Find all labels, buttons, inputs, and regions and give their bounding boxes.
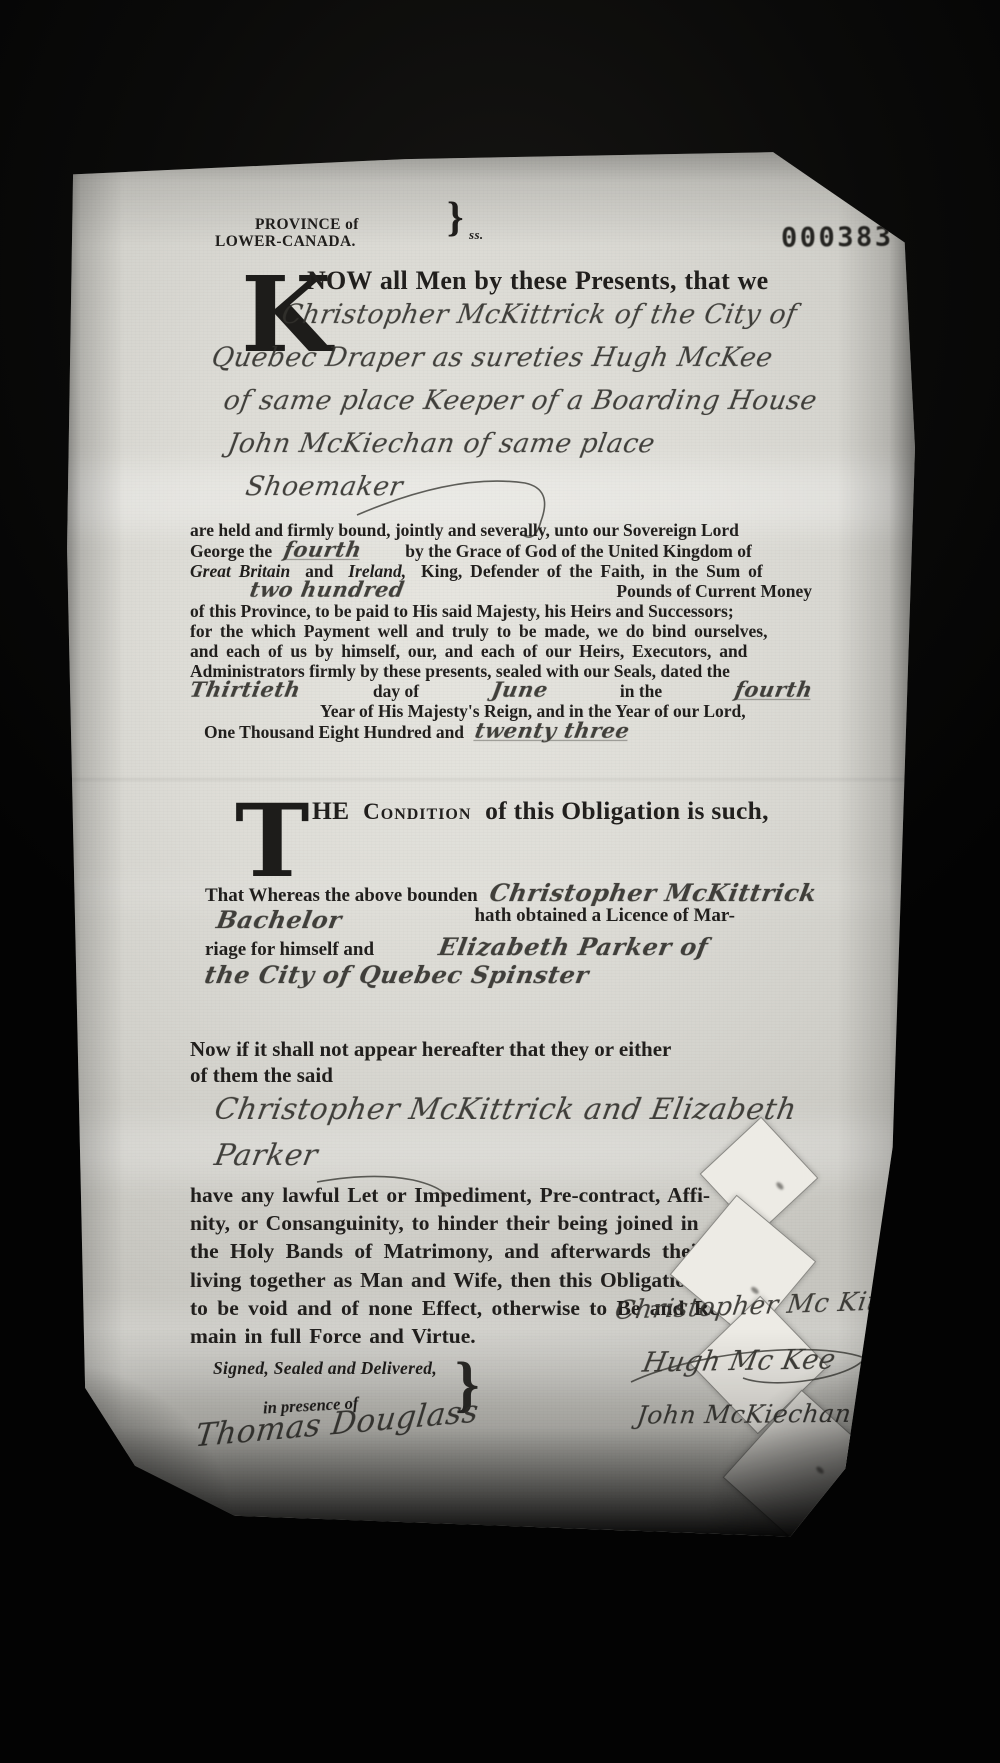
now-if-line1: Now if it shall not appear hereafter tha… <box>190 1036 820 1062</box>
handwritten-groom-name: Christopher McKittrick <box>487 878 819 907</box>
stamp-number: 000383 <box>781 221 894 253</box>
handwritten-bride-name: Elizabeth Parker of <box>436 932 710 961</box>
bond-year-line: One Thousand Eight Hundred and twenty th… <box>190 722 812 743</box>
bond-text: King, Defender of the Faith, in the Sum … <box>421 561 763 581</box>
province-line2: LOWER-CANADA. <box>215 233 359 250</box>
handwritten-year: twenty three <box>474 722 632 741</box>
header-brace: } <box>447 210 464 227</box>
handwritten-principal-line1: Christopher McKittrick of the City of <box>201 299 799 342</box>
know-opening-line: NOW all Men by these Presents, that we <box>205 266 825 296</box>
handwritten-principal-line3: of same place Keeper of a Boarding House <box>201 385 819 428</box>
condition-word: Condition <box>363 799 471 824</box>
handwritten-day: Thirtieth <box>188 681 302 699</box>
bond-text: day of <box>373 682 419 702</box>
province-line1: PROVINCE of <box>215 216 359 233</box>
handwritten-principal-line4: John McKiechan of same place <box>201 428 657 471</box>
handwritten-sum: two hundred <box>248 581 405 599</box>
bond-line: George the fourth by the Grace of God of… <box>190 541 812 562</box>
bond-line: for the which Payment well and truly to … <box>190 622 812 642</box>
bond-line: two hundred Pounds of Current Money <box>190 581 812 602</box>
handwritten-groom-status: Bachelor <box>215 905 345 932</box>
bond-text: by the Grace of God of the United Kingdo… <box>405 541 752 561</box>
bond-line: of this Province, to be paid to His said… <box>190 602 812 622</box>
bond-text: in the <box>620 682 662 702</box>
know-clause: K NOW all Men by these Presents, that we… <box>205 266 825 514</box>
now-if-clause: Now if it shall not appear hereafter tha… <box>190 1036 820 1088</box>
handwritten-regnal-name: fourth <box>282 541 363 560</box>
dropcap-t: T <box>235 802 309 880</box>
whereas-line: riage for himself and Elizabeth Parker o… <box>205 932 845 959</box>
whereas-text: riage for himself and <box>205 939 374 960</box>
whereas-line: Bachelor hath obtained a Licence of Mar- <box>205 905 845 932</box>
province-header: PROVINCE of LOWER-CANADA. } ss. <box>215 216 359 250</box>
whereas-text: hath obtained a Licence of Mar- <box>474 905 735 932</box>
bond-text: George the <box>190 541 272 561</box>
handwritten-couple-names-line1: Christopher McKittrick and Elizabeth <box>211 1086 801 1132</box>
handwritten-principal-line5: Shoemaker <box>201 471 405 514</box>
condition-heading: T HE Condition of this Obligation is suc… <box>207 796 847 826</box>
now-if-line2: of them the said <box>190 1062 820 1088</box>
whereas-line: That Whereas the above bounden Christoph… <box>205 878 845 905</box>
signature-john-mckiechan: John McKiechan <box>635 1399 853 1430</box>
handwritten-regnal-year: fourth <box>733 681 814 700</box>
handwritten-month: June <box>490 681 549 699</box>
signature-hugh-mckee: Hugh Mc Kee <box>640 1344 838 1378</box>
bond-text: One Thousand Eight Hundred and <box>204 722 464 742</box>
whereas-line: the City of Quebec Spinster <box>205 959 845 999</box>
handwritten-couple-names-line2: Parker <box>211 1132 322 1178</box>
whereas-clause: That Whereas the above bounden Christoph… <box>205 878 845 999</box>
bond-paragraph: are held and firmly bound, jointly and s… <box>190 521 812 743</box>
whereas-text: That Whereas the above bounden <box>205 885 478 906</box>
condition-tail: of this Obligation is such, <box>485 796 769 825</box>
bond-text: Pounds of Current Money <box>616 582 812 602</box>
microfilm-scan-background: PROVINCE of LOWER-CANADA. } ss. 000383 K… <box>0 0 1000 1763</box>
handwritten-bride-residence: the City of Quebec Spinster <box>202 960 591 989</box>
bond-date-line: Thirtieth day of June in the fourth <box>190 681 812 702</box>
paper-crease <box>55 778 915 781</box>
document-page: PROVINCE of LOWER-CANADA. } ss. 000383 K… <box>55 148 915 1538</box>
condition-he: HE <box>312 796 349 825</box>
signed-sealed-delivered: Signed, Sealed and Delivered, <box>213 1358 437 1379</box>
bond-line: are held and firmly bound, jointly and s… <box>190 521 812 541</box>
bond-line: and each of us by himself, our, and each… <box>190 642 812 662</box>
handwritten-principal-line2: Quebec Draper as sureties Hugh McKee <box>201 342 775 385</box>
header-ss-abbrev: ss. <box>469 226 484 243</box>
